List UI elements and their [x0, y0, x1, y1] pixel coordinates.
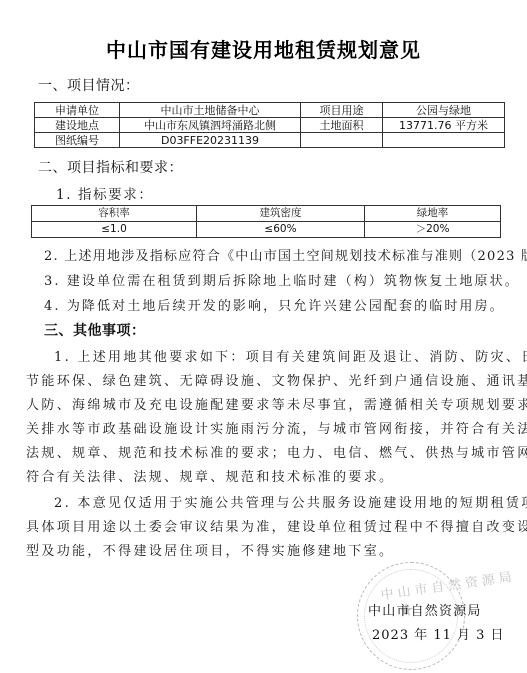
table-header-row: 容积率 建筑密度 绿地率 — [32, 206, 501, 222]
label-land-use: 项目用途 — [301, 103, 383, 118]
empty-cell — [383, 133, 505, 148]
table-row: ≤1.0 ≤60% ＞20% — [32, 222, 501, 238]
value-building-density: ≤60% — [197, 222, 365, 238]
issue-date: 2023 年 11 月 3 日 — [372, 624, 505, 643]
other-item-2-line-2: 具体项目用途以土委会审议结果为准，建设单位租赁过程中不得擅自改变设施类 — [26, 516, 527, 535]
label-applicant: 申请单位 — [35, 103, 120, 118]
value-green-ratio: ＞20% — [365, 222, 501, 238]
requirement-item-2: 2. 上述用地涉及指标应符合《中山市国土空间规划技术标准与准则（2023 版）》… — [44, 245, 527, 264]
table-row: 图纸编号 D03FFE20231139 — [35, 133, 505, 148]
indicator-requirement-label: 1. 指标要求： — [56, 183, 153, 203]
other-item-1-line-5: 法规、规章、规范和技术标准的要求；电力、电信、燃气、供热与城市管网衔接， — [26, 442, 527, 461]
other-item-1-line-6: 符合有关法律、法规、规章、规范和技术标准的要求。 — [26, 466, 394, 485]
table-row: 建设地点 中山市东凤镇泗埒涌路北侧 土地面积 13771.76 平方米 — [35, 118, 505, 133]
other-item-1-line-3: 人防、海绵城市及充电设施配建要求等未尽事宜，需遵循相关专项规划要求；有 — [26, 394, 527, 413]
other-item-1-line-1: 1. 上述用地其他要求如下：项目有关建筑间距及退让、消防、防灾、日照、 — [54, 346, 527, 365]
requirement-item-4: 4. 为降低对土地后续开发的影响，只允许兴建公园配套的临时用房。 — [44, 295, 505, 314]
value-applicant: 中山市土地储备中心 — [120, 103, 301, 118]
section3-heading: 三、其他事项： — [44, 320, 146, 340]
indicator-table: 容积率 建筑密度 绿地率 ≤1.0 ≤60% ＞20% — [31, 205, 501, 238]
other-item-1-line-4: 关排水等市政基础设施设计实施雨污分流，与城市管网衔接，并符合有关法律、 — [26, 418, 527, 437]
value-land-area: 13771.76 平方米 — [383, 118, 505, 133]
value-drawing-no: D03FFE20231139 — [120, 133, 301, 148]
other-item-1-line-2: 节能环保、绿色建筑、无障碍设施、文物保护、光纤到户通信设施、通讯基站、 — [26, 370, 527, 389]
project-info-table: 申请单位 中山市土地储备中心 项目用途 公园与绿地 建设地点 中山市东凤镇泗埒涌… — [34, 102, 505, 148]
table-row: 申请单位 中山市土地储备中心 项目用途 公园与绿地 — [35, 103, 505, 118]
label-location: 建设地点 — [35, 118, 120, 133]
empty-cell — [301, 133, 383, 148]
value-land-use: 公园与绿地 — [383, 103, 505, 118]
label-land-area: 土地面积 — [301, 118, 383, 133]
value-location: 中山市东凤镇泗埒涌路北侧 — [120, 118, 301, 133]
document-title: 中山市国有建设用地租赁规划意见 — [0, 34, 527, 63]
value-far: ≤1.0 — [32, 222, 197, 238]
section1-heading: 一、项目情况： — [38, 75, 140, 95]
section2-heading: 二、项目指标和要求： — [38, 157, 183, 177]
header-far: 容积率 — [32, 206, 197, 222]
label-drawing-no: 图纸编号 — [35, 133, 120, 148]
other-item-2-line-1: 2. 本意见仅适用于实施公共管理与公共服务设施建设用地的短期租赁项目， — [54, 492, 527, 511]
header-green-ratio: 绿地率 — [365, 206, 501, 222]
issuer-name: 中山市自然资源局 — [368, 600, 482, 619]
requirement-item-3: 3. 建设单位需在租赁到期后拆除地上临时建（构）筑物恢复土地原状。 — [44, 270, 520, 289]
other-item-2-line-3: 型及功能，不得建设居住项目，不得实施修建地下室。 — [26, 540, 394, 559]
header-building-density: 建筑密度 — [197, 206, 365, 222]
